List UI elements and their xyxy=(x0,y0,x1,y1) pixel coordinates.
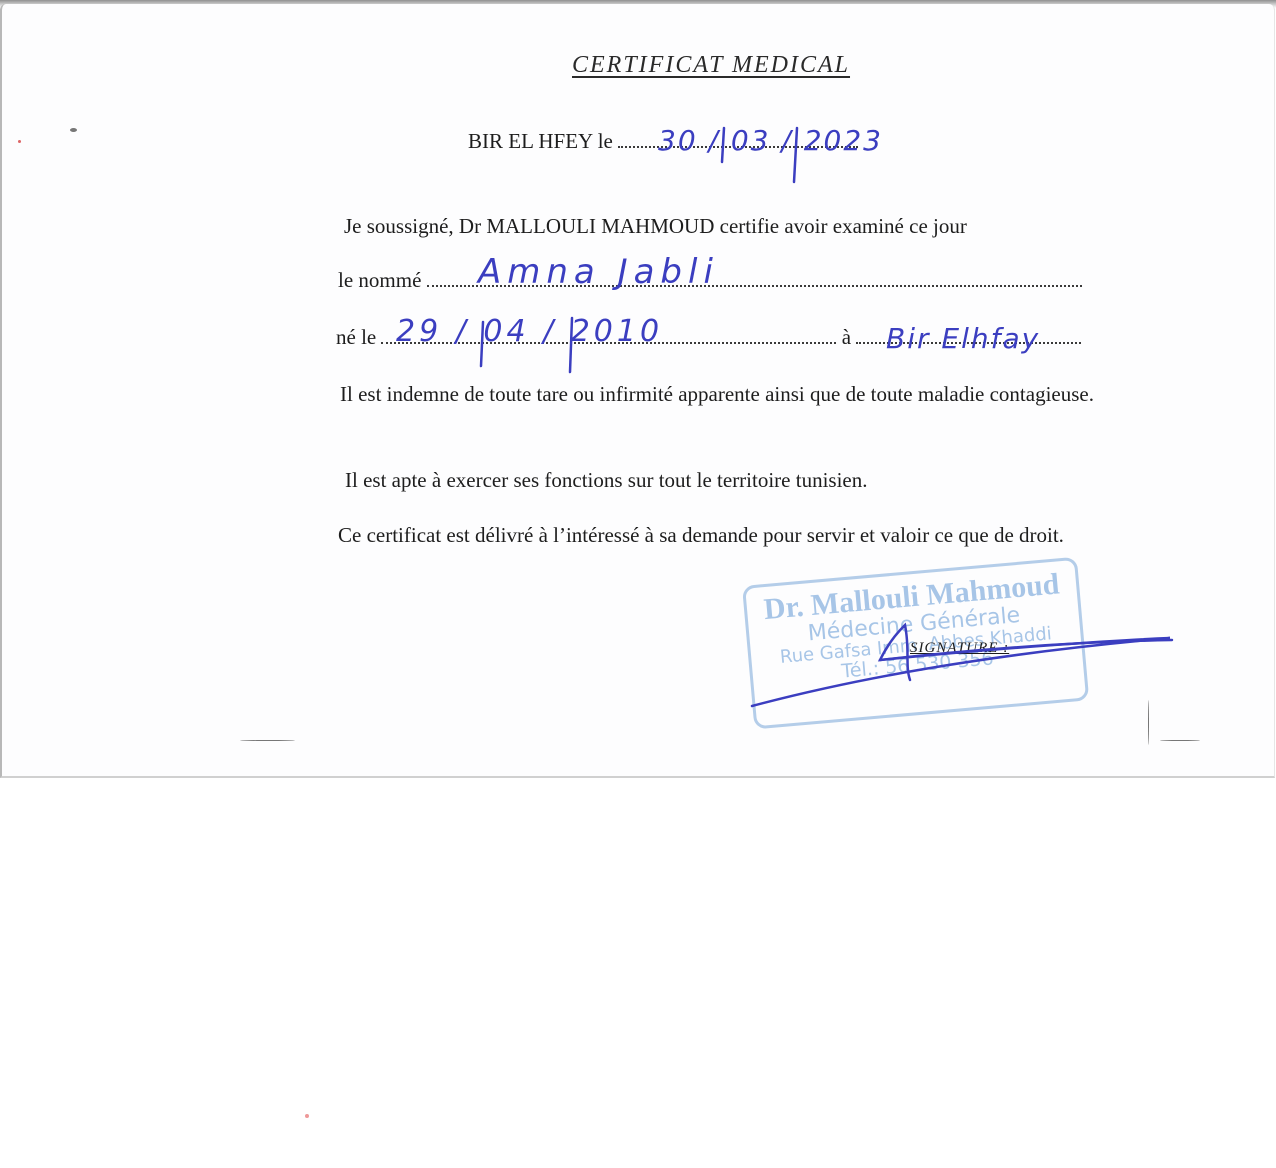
scan-line xyxy=(1160,740,1200,741)
signature-label: SIGNATURE : xyxy=(910,640,1009,657)
handwritten-birth-date: 29 / 04 / 2010 xyxy=(396,314,663,349)
paragraph-delivery: Ce certificat est délivré à l’intéressé … xyxy=(338,523,1118,548)
place-date-label: BIR EL HFEY le xyxy=(468,129,613,153)
scan-speck xyxy=(18,140,21,143)
scan-line xyxy=(1148,700,1149,745)
name-label: le nommé xyxy=(338,268,421,292)
handwritten-birth-place: Bir Elhfay xyxy=(886,322,1040,355)
scan-line xyxy=(240,740,295,741)
document-title: CERTIFICAT MEDICAL xyxy=(572,52,850,79)
handwritten-date: 30 / 03 / 2023 xyxy=(658,124,883,157)
statement-line: Je soussigné, Dr MALLOULI MAHMOUD certif… xyxy=(344,214,967,239)
birth-date-label: né le xyxy=(336,325,376,349)
paragraph-aptitude: Il est apte à exercer ses fonctions sur … xyxy=(345,468,1120,493)
birth-place-label: à xyxy=(842,325,851,349)
scan-speck xyxy=(305,1114,309,1118)
paragraph-health: Il est indemne de toute tare ou infirmit… xyxy=(340,382,1115,407)
handwritten-name: Amna Jabli xyxy=(478,252,719,292)
scan-speck xyxy=(70,128,77,132)
